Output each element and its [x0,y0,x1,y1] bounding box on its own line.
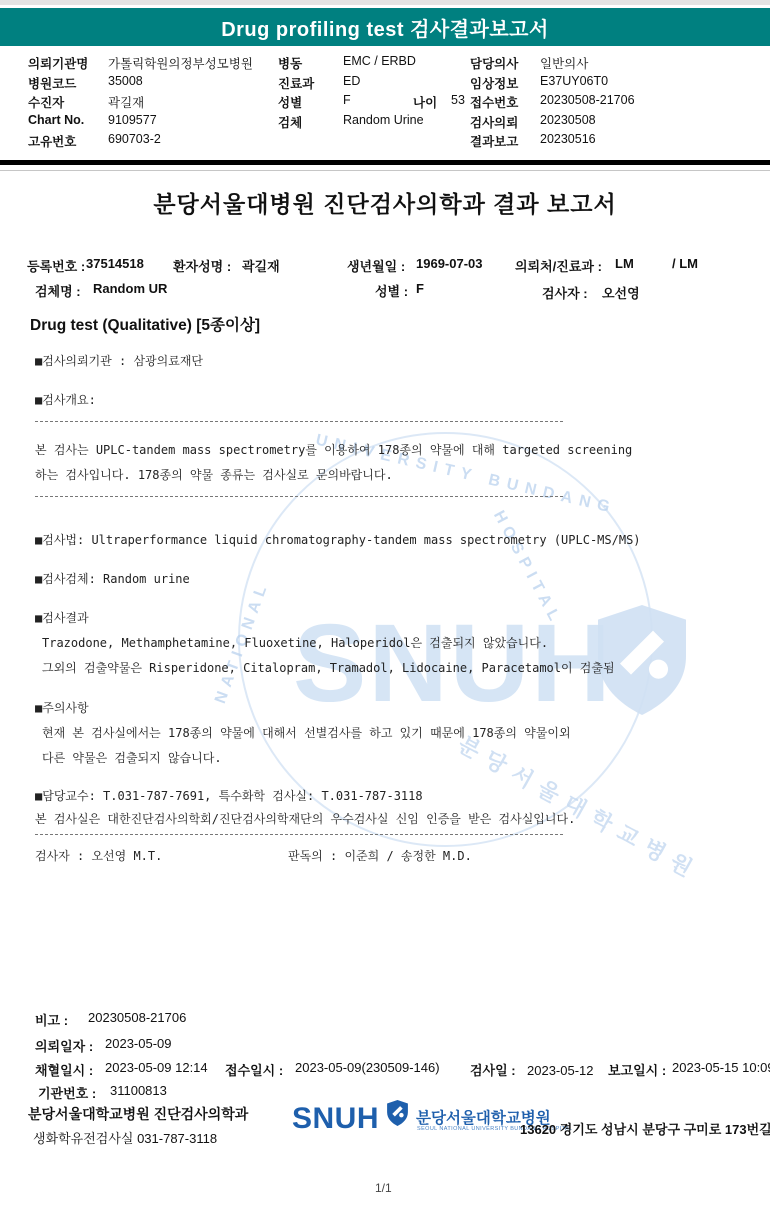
order-info-col3: 담당의사 일반의사 임상정보 E37UY06T0 접수번호 20230508-2… [470,54,760,152]
field-label: 성별 [278,93,343,111]
collect-value: 2023-05-09 12:14 [105,1060,208,1075]
field-value: ED [343,74,360,88]
request-date-value: 2023-05-09 [105,1036,172,1051]
footer-dept-line: 분당서울대학교병원 진단검사의학과 [28,1104,248,1124]
receipt-label: 접수일시 : [225,1060,283,1079]
field-label: Chart No. [28,113,108,127]
info-row: 임상정보 E37UY06T0 [470,74,760,94]
order-info-col2: 병동 EMC / ERBD 진료과 ED 성별 F 나이 53 검체 Rando… [278,54,468,132]
field-label: 병원코드 [28,74,108,92]
overview-heading: ■검사개요: [35,391,96,408]
field-label: 임상정보 [470,74,540,92]
overview-line1: 본 검사는 UPLC-tandem mass spectrometry를 이용하… [35,441,632,458]
page-number: 1/1 [375,1181,392,1195]
reader-signature: 판독의 : 이준희 / 송정한 M.D. [288,847,472,864]
field-value: 20230516 [540,132,596,146]
field-value: EMC / ERBD [343,54,416,68]
info-row: 검사의뢰 20230508 [470,113,760,133]
specimen-value: Random UR [93,281,167,296]
dashed-divider [35,834,563,835]
info-row: 수진자 곽길재 [28,93,288,113]
accreditation-line: 본 검사실은 대한진단검사의학회/진단검사의학재단의 우수검사실 신임 인증을 … [35,810,575,827]
field-label: 결과보고 [470,132,540,150]
field-value: 20230508 [540,113,596,127]
result-line2: 그외의 검출약물은 Risperidone, Citalopram, Trama… [42,659,615,676]
info-row: 고유번호 690703-2 [28,132,288,152]
separator-thin [0,170,770,171]
field-value: 곽길재 [108,93,144,111]
info-row: Chart No. 9109577 [28,113,288,133]
patient-name-value: 곽길재 [242,256,280,275]
request-org-line: ■검사의뢰기관 : 삼광의료재단 [35,352,203,369]
info-row: 의뢰기관명 가톨릭학원의정부성모병원 [28,54,288,74]
hospital-address: 13620 경기도 성남시 분당구 구미로 173번길 82 [520,1119,770,1138]
field-label: 의뢰기관명 [28,54,108,72]
method-line: ■검사법: Ultraperformance liquid chromatogr… [35,531,641,548]
test-heading: Drug test (Qualitative) [5종이상] [30,313,260,335]
result-heading: ■검사결과 [35,609,89,626]
info-row: 성별 F 나이 53 [278,93,468,113]
field-value: 20230508-21706 [540,93,635,107]
info-row: 병동 EMC / ERBD [278,54,468,74]
info-row: 병원코드 35008 [28,74,288,94]
order-info-col1: 의뢰기관명 가톨릭학원의정부성모병원 병원코드 35008 수진자 곽길재 Ch… [28,54,288,152]
watermark-arc-right: HOSPITAL [489,508,565,629]
info-row: 담당의사 일반의사 [470,54,760,74]
field-value: 53 [451,93,465,107]
overview-line2: 하는 검사입니다. 178종의 약물 종류는 검사실로 문의바랍니다. [35,466,393,483]
report-time-label: 보고일시 : [608,1060,666,1079]
top-strip [0,0,770,5]
test-date-value: 2023-05-12 [527,1063,594,1078]
snuh-shield-icon [387,1100,408,1126]
sex-value: F [416,281,424,296]
report-page: UNIVERSITY BUNDANG HOSPITAL NATIONAL SNU… [0,0,770,1230]
field-label: 검사의뢰 [470,113,540,131]
reg-no-value: 37514518 [86,256,144,271]
test-date-label: 검사일 : [470,1060,516,1079]
field-label: 접수번호 [470,93,540,111]
collect-label: 채혈일시 : [35,1060,93,1079]
field-value: 35008 [108,74,143,88]
field-value: 가톨릭학원의정부성모병원 [108,54,253,72]
report-title: 분당서울대병원 진단검사의학과 결과 보고서 [0,186,770,219]
field-label: 담당의사 [470,54,540,72]
field-value: 690703-2 [108,132,161,146]
specimen-line: ■검사검체: Random urine [35,570,190,587]
sex-label: 성별 : [375,281,408,300]
report-time-value: 2023-05-15 10:09 [672,1060,770,1075]
separator-thick [0,160,770,165]
field-value: 9109577 [108,113,157,127]
field-value: 일반의사 [540,54,588,72]
info-row: 검체 Random Urine [278,113,468,133]
banner: Drug profiling test 검사결과보고서 [0,8,770,46]
watermark-arc-bottom: 분당서울대학교병원 [453,728,706,887]
patient-name-label: 환자성명 : [173,256,231,275]
dept-value: LM [615,256,634,271]
field-value: F [343,93,413,107]
field-label: 수진자 [28,93,108,111]
birth-label: 생년월일 : [347,256,405,275]
field-label: 병동 [278,54,343,72]
examiner-value: 오선영 [602,283,640,302]
specimen-label: 검체명 : [35,281,81,300]
caution-line2: 다른 약물은 검출되지 않습니다. [42,749,222,766]
org-no-label: 기관번호 : [38,1083,96,1102]
birth-value: 1969-07-03 [416,256,483,271]
caution-heading: ■주의사항 [35,699,89,716]
field-label: 검체 [278,113,343,131]
dept-value2: / LM [672,256,698,271]
examiner-label: 검사자 : [542,283,588,302]
request-date-label: 의뢰일자 : [35,1036,93,1055]
field-value: Random Urine [343,113,424,127]
dept-label: 의뢰처/진료과 : [515,256,602,275]
footer-lab-line: 생화학유전검사실 031-787-3118 [33,1128,217,1147]
info-row: 결과보고 20230516 [470,132,760,152]
receipt-value: 2023-05-09(230509-146) [295,1060,440,1075]
note-label: 비고 : [35,1010,68,1029]
tester-signature: 검사자 : 오선영 M.T. [35,847,162,864]
snuh-logo-text: SNUH [292,1102,379,1136]
professor-line: ■담당교수: T.031-787-7691, 특수화학 검사실: T.031-7… [35,787,423,804]
caution-line1: 현재 본 검사실에서는 178종의 약물에 대해서 선별검사를 하고 있기 때문… [42,724,571,741]
note-value: 20230508-21706 [88,1010,186,1025]
banner-title: Drug profiling test 검사결과보고서 [221,13,549,42]
info-row: 접수번호 20230508-21706 [470,93,760,113]
field-value: E37UY06T0 [540,74,608,88]
field-label: 진료과 [278,74,343,92]
reg-no-label: 등록번호 : [27,256,85,275]
info-row: 진료과 ED [278,74,468,94]
result-line1: Trazodone, Methamphetamine, Fluoxetine, … [42,634,548,651]
dashed-divider [35,496,563,497]
field-label: 나이 [413,93,451,111]
org-no-value: 31100813 [110,1083,167,1098]
field-label: 고유번호 [28,132,108,150]
dashed-divider [35,421,563,422]
